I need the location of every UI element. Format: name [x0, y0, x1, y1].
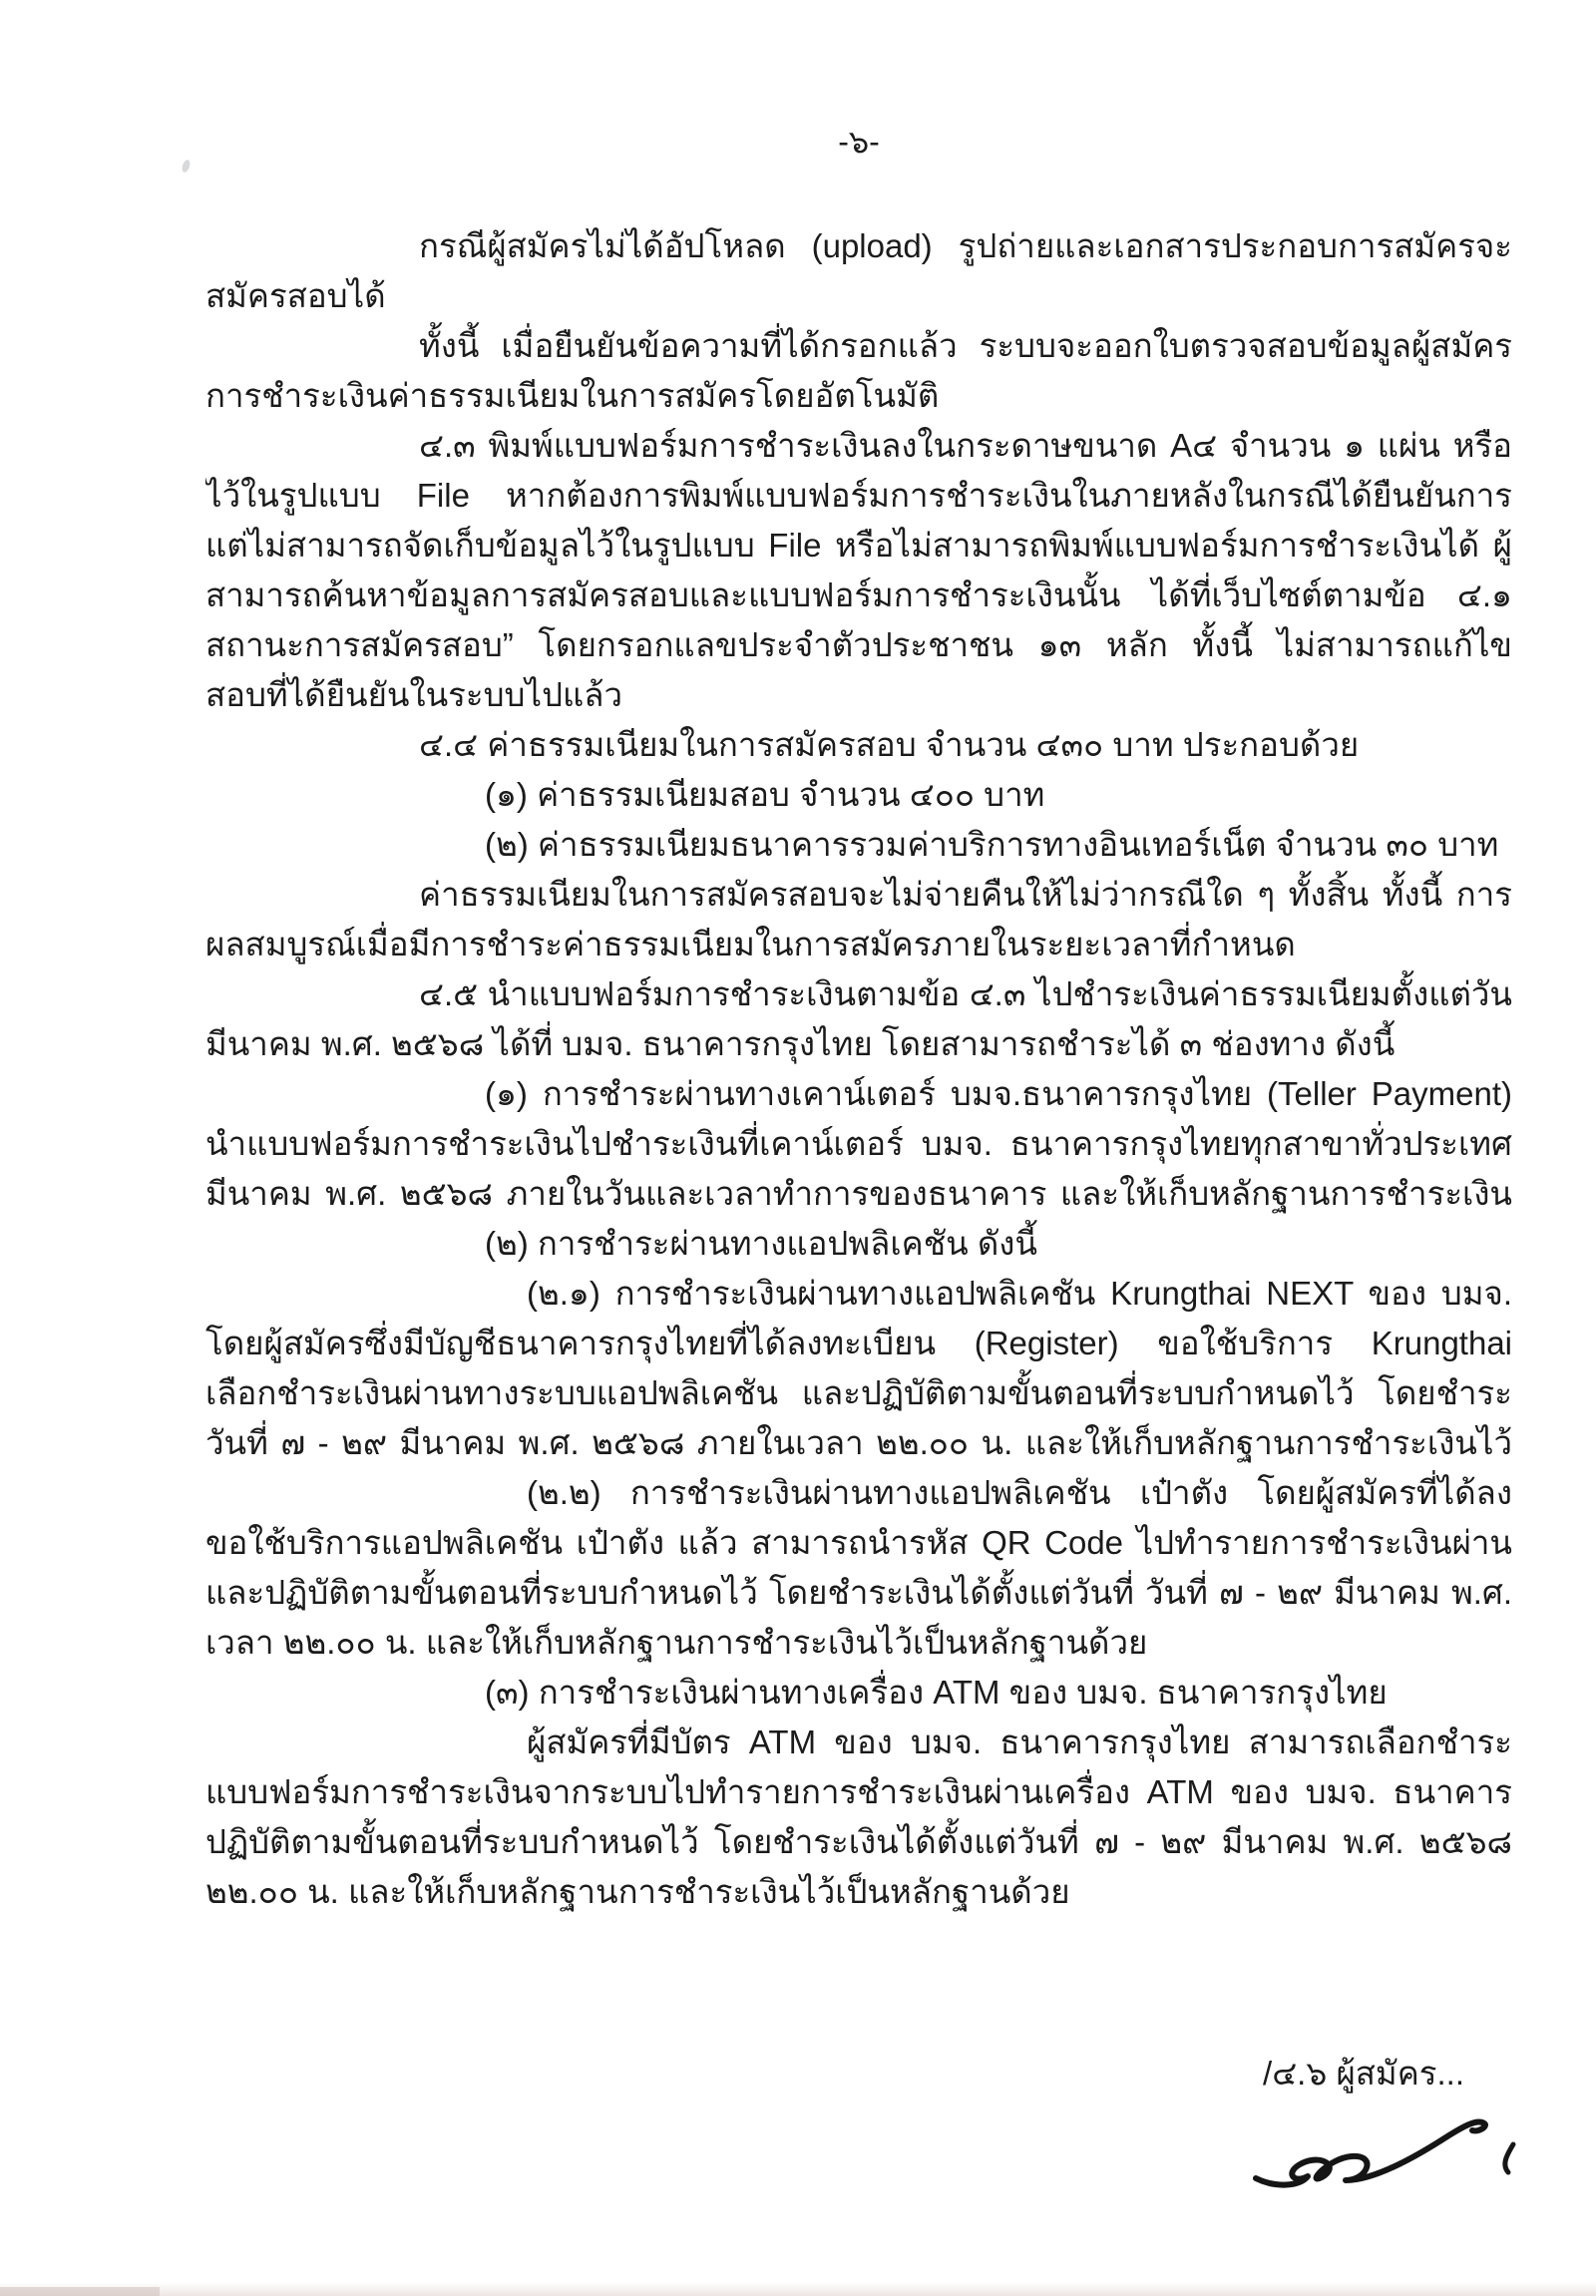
text-line: ผลสมบูรณ์เมื่อมีการชำระค่าธรรมเนียมในการ…	[205, 920, 1512, 969]
text-line: มีนาคม พ.ศ. ๒๕๖๘ ภายในวันและเวลาทำการของ…	[205, 1169, 1512, 1219]
text-line: ผู้สมัครที่มีบัตร ATM ของ บมจ. ธนาคารกรุ…	[205, 1718, 1512, 1767]
text-line: (๒) ค่าธรรมเนียมธนาคารรวมค่าบริการทางอิน…	[205, 820, 1512, 870]
text-line: แต่ไม่สามารถจัดเก็บข้อมูลไว้ในรูปแบบ Fil…	[205, 521, 1512, 571]
text-line: การชำระเงินค่าธรรมเนียมในการสมัครโดยอัตโ…	[205, 371, 1512, 421]
text-line: วันที่ ๗ - ๒๙ มีนาคม พ.ศ. ๒๕๖๘ ภายในเวลา…	[205, 1418, 1512, 1468]
footer-continuation-note: /๔.๖ ผู้สมัคร...	[1263, 2049, 1464, 2099]
document-body: กรณีผู้สมัครไม่ได้อัปโหลด (upload) รูปถ่…	[205, 221, 1512, 1917]
document-page: -๖- กรณีผู้สมัครไม่ได้อัปโหลด (upload) ร…	[0, 0, 1596, 2296]
text-line: (๒.๑) การชำระเงินผ่านทางแอปพลิเคชัน Krun…	[205, 1269, 1512, 1319]
page-number: -๖-	[205, 122, 1512, 162]
text-line: (๓) การชำระเงินผ่านทางเครื่อง ATM ของ บม…	[205, 1668, 1512, 1718]
text-line: ๒๒.๐๐ น. และให้เก็บหลักฐานการชำระเงินไว้…	[205, 1867, 1512, 1917]
text-line: ๔.๓ พิมพ์แบบฟอร์มการชำระเงินลงในกระดาษขน…	[205, 421, 1512, 471]
text-line: ขอใช้บริการแอปพลิเคชัน เป๋าตัง แล้ว สามา…	[205, 1518, 1512, 1568]
text-line: เลือกชำระเงินผ่านทางระบบแอปพลิเคชัน และป…	[205, 1368, 1512, 1418]
scan-artifact-speck	[181, 159, 192, 174]
text-line: (๒.๒) การชำระเงินผ่านทางแอปพลิเคชัน เป๋า…	[205, 1468, 1512, 1518]
text-line: (๒) การชำระผ่านทางแอปพลิเคชัน ดังนี้	[205, 1219, 1512, 1269]
text-line: ปฏิบัติตามขั้นตอนที่ระบบกำหนดไว้ โดยชำระ…	[205, 1817, 1512, 1867]
text-line: โดยผู้สมัครซึ่งมีบัญชีธนาคารกรุงไทยที่ได…	[205, 1319, 1512, 1368]
text-line: ๔.๕ นำแบบฟอร์มการชำระเงินตามข้อ ๔.๓ ไปชำ…	[205, 969, 1512, 1019]
scan-edge-artifact	[0, 2282, 1596, 2296]
text-line: นำแบบฟอร์มการชำระเงินไปชำระเงินที่เคาน์เ…	[205, 1119, 1512, 1169]
text-line: แบบฟอร์มการชำระเงินจากระบบไปทำรายการชำระ…	[205, 1767, 1512, 1817]
text-line: ทั้งนี้ เมื่อยืนยันข้อความที่ได้กรอกแล้ว…	[205, 321, 1512, 371]
text-line: สามารถค้นหาข้อมูลการสมัครสอบและแบบฟอร์มก…	[205, 571, 1512, 620]
text-line: (๑) การชำระผ่านทางเคาน์เตอร์ บมจ.ธนาคารก…	[205, 1069, 1512, 1119]
text-line: มีนาคม พ.ศ. ๒๕๖๘ ได้ที่ บมจ. ธนาคารกรุงไ…	[205, 1019, 1512, 1069]
text-line: สอบที่ได้ยืนยันในระบบไปแล้ว	[205, 670, 1512, 720]
text-line: สถานะการสมัครสอบ” โดยกรอกแลขประจำตัวประช…	[205, 620, 1512, 670]
text-line: และปฏิบัติตามขั้นตอนที่ระบบกำหนดไว้ โดยช…	[205, 1568, 1512, 1618]
handwritten-signature-icon	[1242, 2105, 1541, 2214]
text-line: สมัครสอบได้	[205, 271, 1512, 321]
text-line: กรณีผู้สมัครไม่ได้อัปโหลด (upload) รูปถ่…	[205, 221, 1512, 271]
text-line: เวลา ๒๒.๐๐ น. และให้เก็บหลักฐานการชำระเง…	[205, 1618, 1512, 1668]
text-line: ๔.๔ ค่าธรรมเนียมในการสมัครสอบ จำนวน ๔๓๐ …	[205, 720, 1512, 770]
text-line: ค่าธรรมเนียมในการสมัครสอบจะไม่จ่ายคืนให้…	[205, 870, 1512, 920]
text-line: ไว้ในรูปแบบ File หากต้องการพิมพ์แบบฟอร์ม…	[205, 471, 1512, 521]
text-line: (๑) ค่าธรรมเนียมสอบ จำนวน ๔๐๐ บาท	[205, 770, 1512, 820]
